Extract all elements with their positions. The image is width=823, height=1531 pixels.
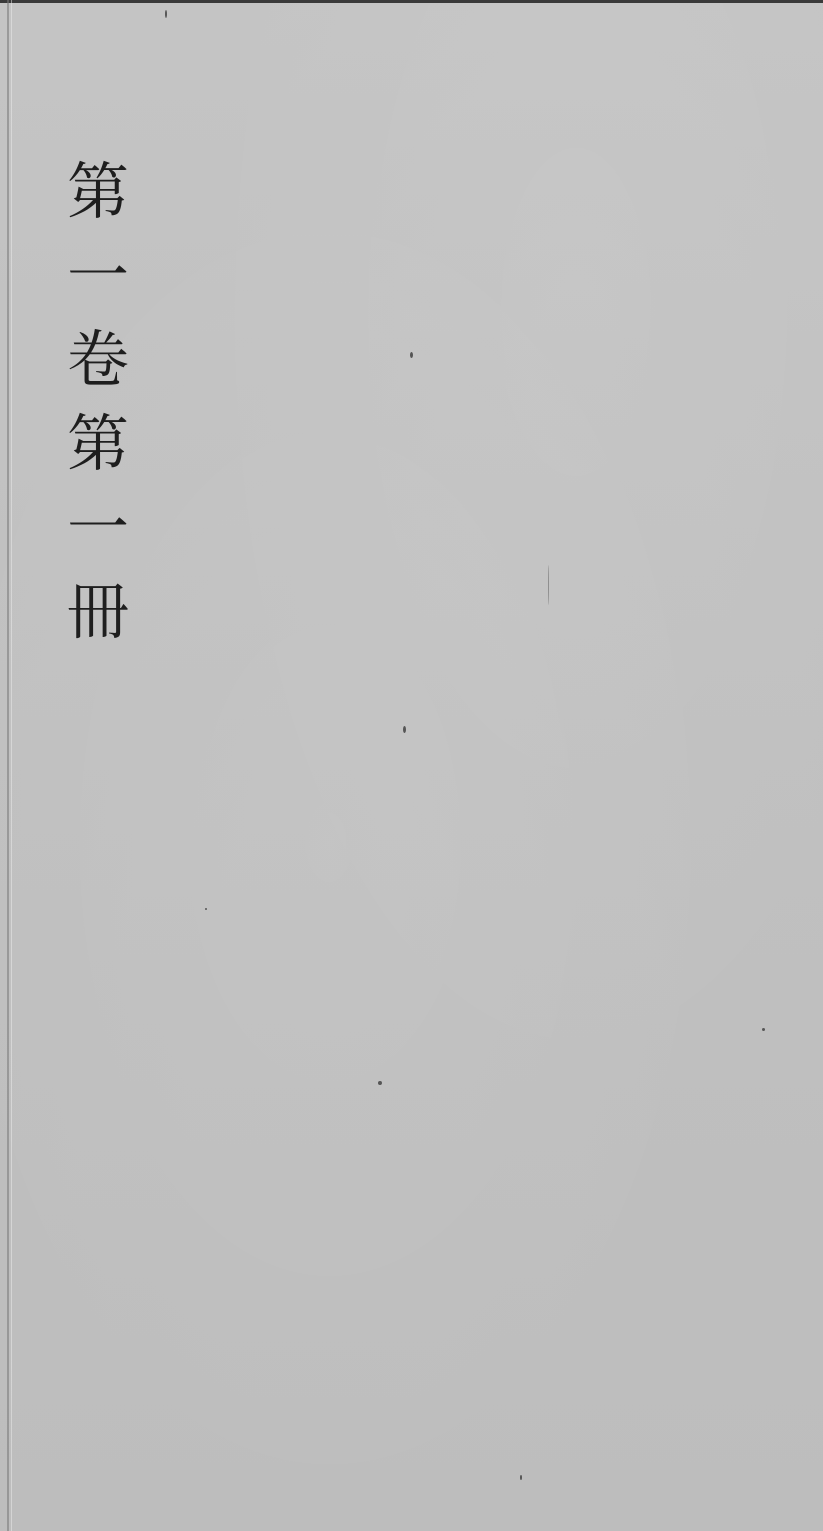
title-char-6: 冊 (67, 570, 129, 654)
title-char-2: 一 (67, 234, 129, 318)
spine-fold-line (7, 0, 9, 1531)
vertical-title: 第 一 卷 第 一 冊 (58, 150, 138, 654)
title-char-4: 第 (67, 402, 129, 486)
paper-speck (762, 1028, 765, 1031)
book-cover-page: 第 一 卷 第 一 冊 (0, 0, 823, 1531)
title-char-1: 第 (67, 150, 129, 234)
paper-speck (410, 352, 413, 358)
title-char-5: 一 (67, 486, 129, 570)
title-char-3: 卷 (67, 318, 129, 402)
spine-fold-highlight (11, 0, 12, 1531)
paper-speck (205, 908, 207, 910)
paper-speck (548, 565, 549, 605)
top-edge-shadow (0, 0, 823, 3)
paper-speck (403, 726, 406, 733)
paper-speck (165, 10, 167, 18)
paper-speck (378, 1081, 382, 1085)
paper-speck (520, 1475, 522, 1480)
